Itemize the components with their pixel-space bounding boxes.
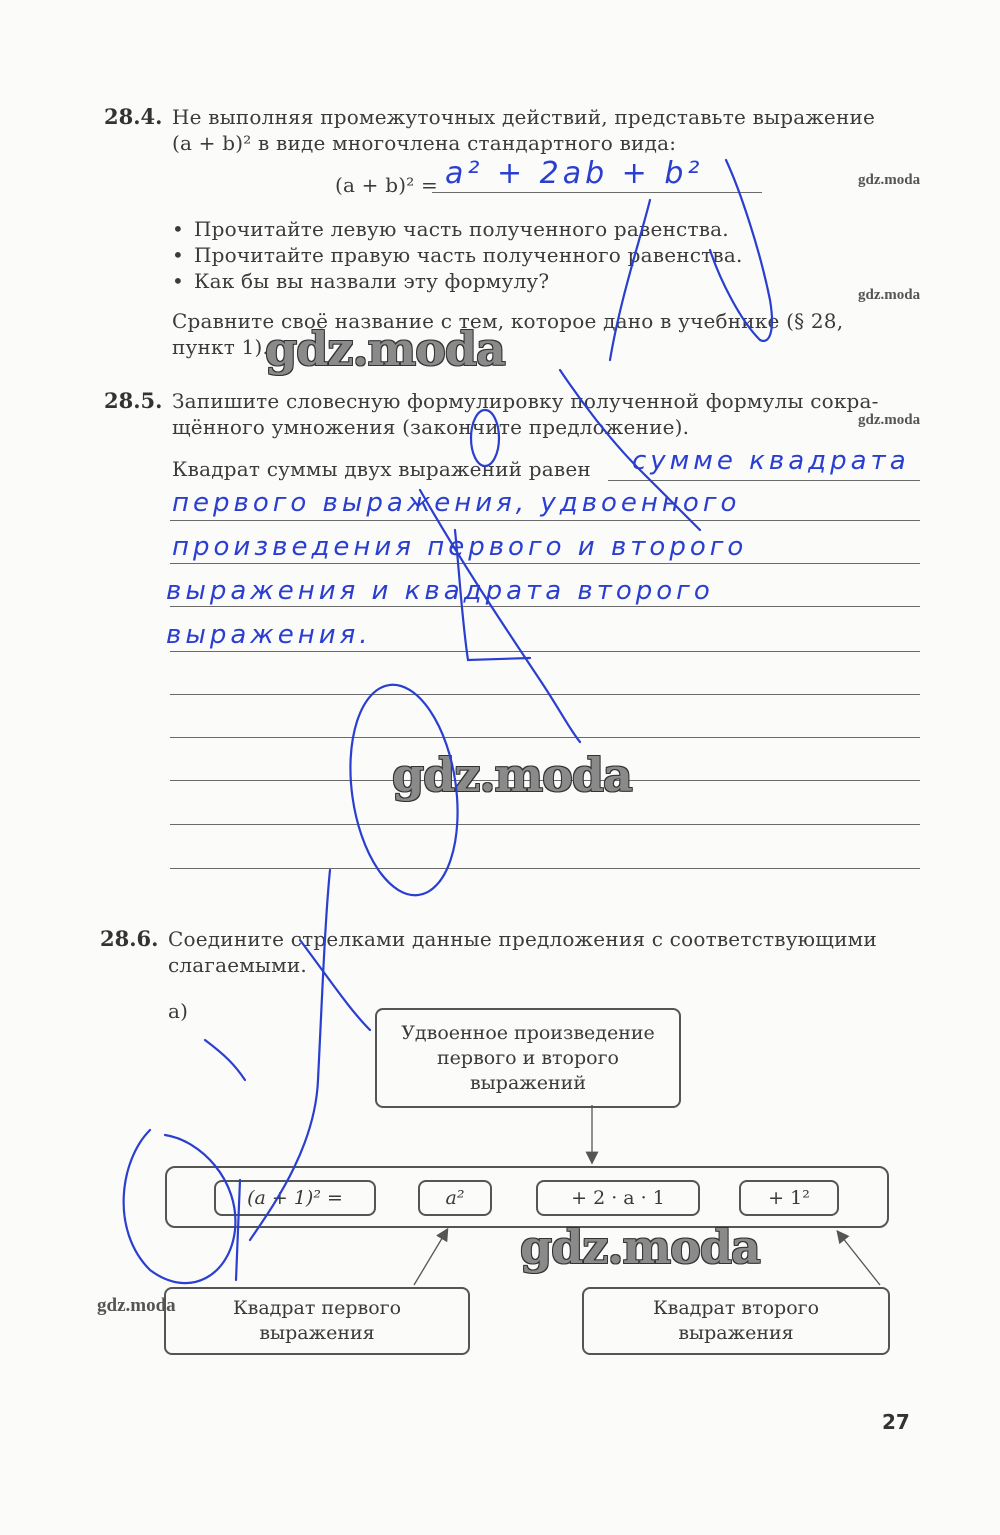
answer-line bbox=[432, 192, 762, 193]
sentence-prompt: Квадрат суммы двух выражений равен bbox=[172, 456, 591, 482]
bullet-item: •Прочитайте левую часть полученного раве… bbox=[172, 216, 743, 242]
bullet-item: •Как бы вы назвали эту формулу? bbox=[172, 268, 743, 294]
task-number-28-5: 28.5. bbox=[104, 388, 162, 413]
term-box-lhs[interactable]: (a + 1)² = bbox=[214, 1180, 376, 1216]
watermark-small: gdz.moda bbox=[858, 287, 920, 304]
bullet-list: •Прочитайте левую часть полученного раве… bbox=[172, 216, 743, 294]
box-double-product[interactable]: Удвоенное произведение первого и второго… bbox=[375, 1008, 681, 1108]
watermark-small: gdz.moda bbox=[858, 172, 920, 189]
writing-line bbox=[170, 868, 920, 869]
term-box-a-squared[interactable]: a² bbox=[418, 1180, 492, 1216]
box-square-second[interactable]: Квадрат второго выражения bbox=[582, 1287, 890, 1355]
task-number-28-4: 28.4. bbox=[104, 104, 162, 129]
bullet-item: •Прочитайте правую часть полученного рав… bbox=[172, 242, 743, 268]
bullet-icon: • bbox=[172, 268, 184, 294]
watermark-large: gdz.moda bbox=[392, 748, 632, 802]
handwritten-line: произведения первого и второго bbox=[172, 532, 747, 562]
task-number-28-6: 28.6. bbox=[100, 926, 158, 951]
equation-lhs: (a + b)² = bbox=[335, 172, 438, 198]
page-number: 27 bbox=[882, 1410, 910, 1434]
handwritten-line: первого выражения, удвоенного bbox=[172, 488, 740, 518]
watermark-large: gdz.moda bbox=[520, 1220, 760, 1274]
writing-line bbox=[170, 520, 920, 521]
arrow-up-icon bbox=[838, 1232, 880, 1285]
term-box-one-squared[interactable]: + 1² bbox=[739, 1180, 839, 1216]
bullet-icon: • bbox=[172, 216, 184, 242]
task-28-6-statement: Соедините стрелками данные предложения с… bbox=[168, 926, 928, 978]
watermark-large: gdz.moda bbox=[265, 322, 505, 376]
term-box-double-product[interactable]: + 2 · a · 1 bbox=[536, 1180, 700, 1216]
writing-line bbox=[170, 694, 920, 695]
writing-line bbox=[170, 651, 920, 652]
task-28-4-line-1: Не выполняя промежуточных действий, пред… bbox=[172, 104, 932, 130]
watermark-small: gdz.moda bbox=[858, 412, 920, 429]
arrow-up-icon bbox=[414, 1230, 447, 1285]
bullet-icon: • bbox=[172, 242, 184, 268]
part-label-a: а) bbox=[168, 998, 188, 1024]
writing-line bbox=[170, 606, 920, 607]
handwritten-line: выражения и квадрата второго bbox=[166, 576, 714, 606]
task-28-5-statement: Запишите словесную формулировку полученн… bbox=[172, 388, 932, 440]
task-28-4-statement: Не выполняя промежуточных действий, пред… bbox=[172, 104, 932, 156]
watermark-small: gdz.moda bbox=[97, 1295, 176, 1317]
handwritten-line: сумме квадрата bbox=[632, 446, 910, 476]
handwritten-formula-answer: a² + 2ab + b² bbox=[445, 156, 703, 191]
handwritten-line: выражения. bbox=[166, 620, 372, 650]
writing-line bbox=[170, 824, 920, 825]
task-28-4-line-2: (a + b)² в виде многочлена стандартного … bbox=[172, 130, 932, 156]
writing-line bbox=[170, 737, 920, 738]
box-square-first[interactable]: Квадрат первого выражения bbox=[164, 1287, 470, 1355]
writing-line bbox=[608, 480, 920, 481]
writing-line bbox=[170, 563, 920, 564]
